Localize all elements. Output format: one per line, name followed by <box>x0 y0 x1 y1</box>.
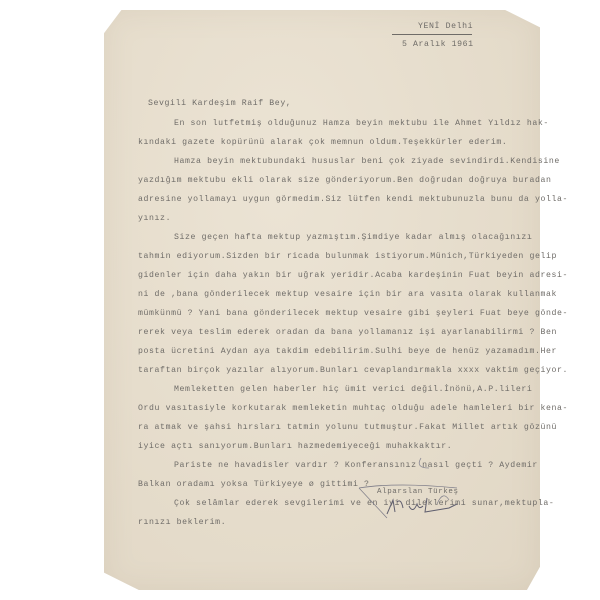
letter-line: ra atmak ve şahsi hırsları tatmin yolunu… <box>138 423 557 432</box>
letter-line: yınız. <box>138 214 171 223</box>
letter-line: En son lutfetmiş olduğunuz Hamza beyin m… <box>174 119 549 128</box>
letter-salutation: Sevgili Kardeşim Raif Bey, <box>148 99 291 108</box>
letter-line: Balkan oradamı yoksa Türkiyeye ø gittimi… <box>138 480 370 489</box>
letter-line: yazdığım mektubu ekli olarak size gönder… <box>138 176 552 185</box>
letter-line: Size geçen hafta mektup yazmıştım.Şimdiy… <box>174 233 532 242</box>
letter-line: Hamza beyin mektubundaki hususlar beni ç… <box>174 157 560 166</box>
letter-line: adresine yollamayı uygun görmedim.Siz lü… <box>138 195 568 204</box>
letter-line: mümkünmü ? Yani bana gönderilecek mektup… <box>138 309 568 318</box>
pen-mark <box>417 456 435 472</box>
letter-line: kındaki gazete kopürünü alarak çok memnu… <box>138 138 507 147</box>
letter-line: iyice açtı sanıyorum.Bunları hazmedemiye… <box>138 442 452 451</box>
letter-date: 5 Aralık 1961 <box>402 40 474 49</box>
letter-line: taraftan birçok yazılar alıyorum.Bunları… <box>138 366 568 375</box>
letter-line: Pariste ne havadisler vardır ? Konferans… <box>174 461 538 470</box>
letter-line: ni de ,bana gönderilecek mektup vesaire … <box>138 290 557 299</box>
letter-line: rerek veya teslim ederek oradan da bana … <box>138 328 557 337</box>
letter-line: rınızı beklerim. <box>138 518 226 527</box>
letter-place: YENİ Delhi <box>418 22 473 31</box>
letter-line: posta ücretini Aydan aya takdim edebilir… <box>138 347 557 356</box>
place-underline <box>392 34 472 35</box>
signature-typed-name: Alparslan Türkeş <box>377 488 459 496</box>
letter-line: Memleketten gelen haberler hiç ümit veri… <box>174 385 532 394</box>
letter-line: tahmin ediyorum.Sizden bir ricada bulunm… <box>138 252 557 261</box>
letter-line: gidenler için daha yakın bir uğrak yerid… <box>138 271 568 280</box>
letter-line: Ordu vasıtasiyle korkutarak memleketin m… <box>138 404 568 413</box>
